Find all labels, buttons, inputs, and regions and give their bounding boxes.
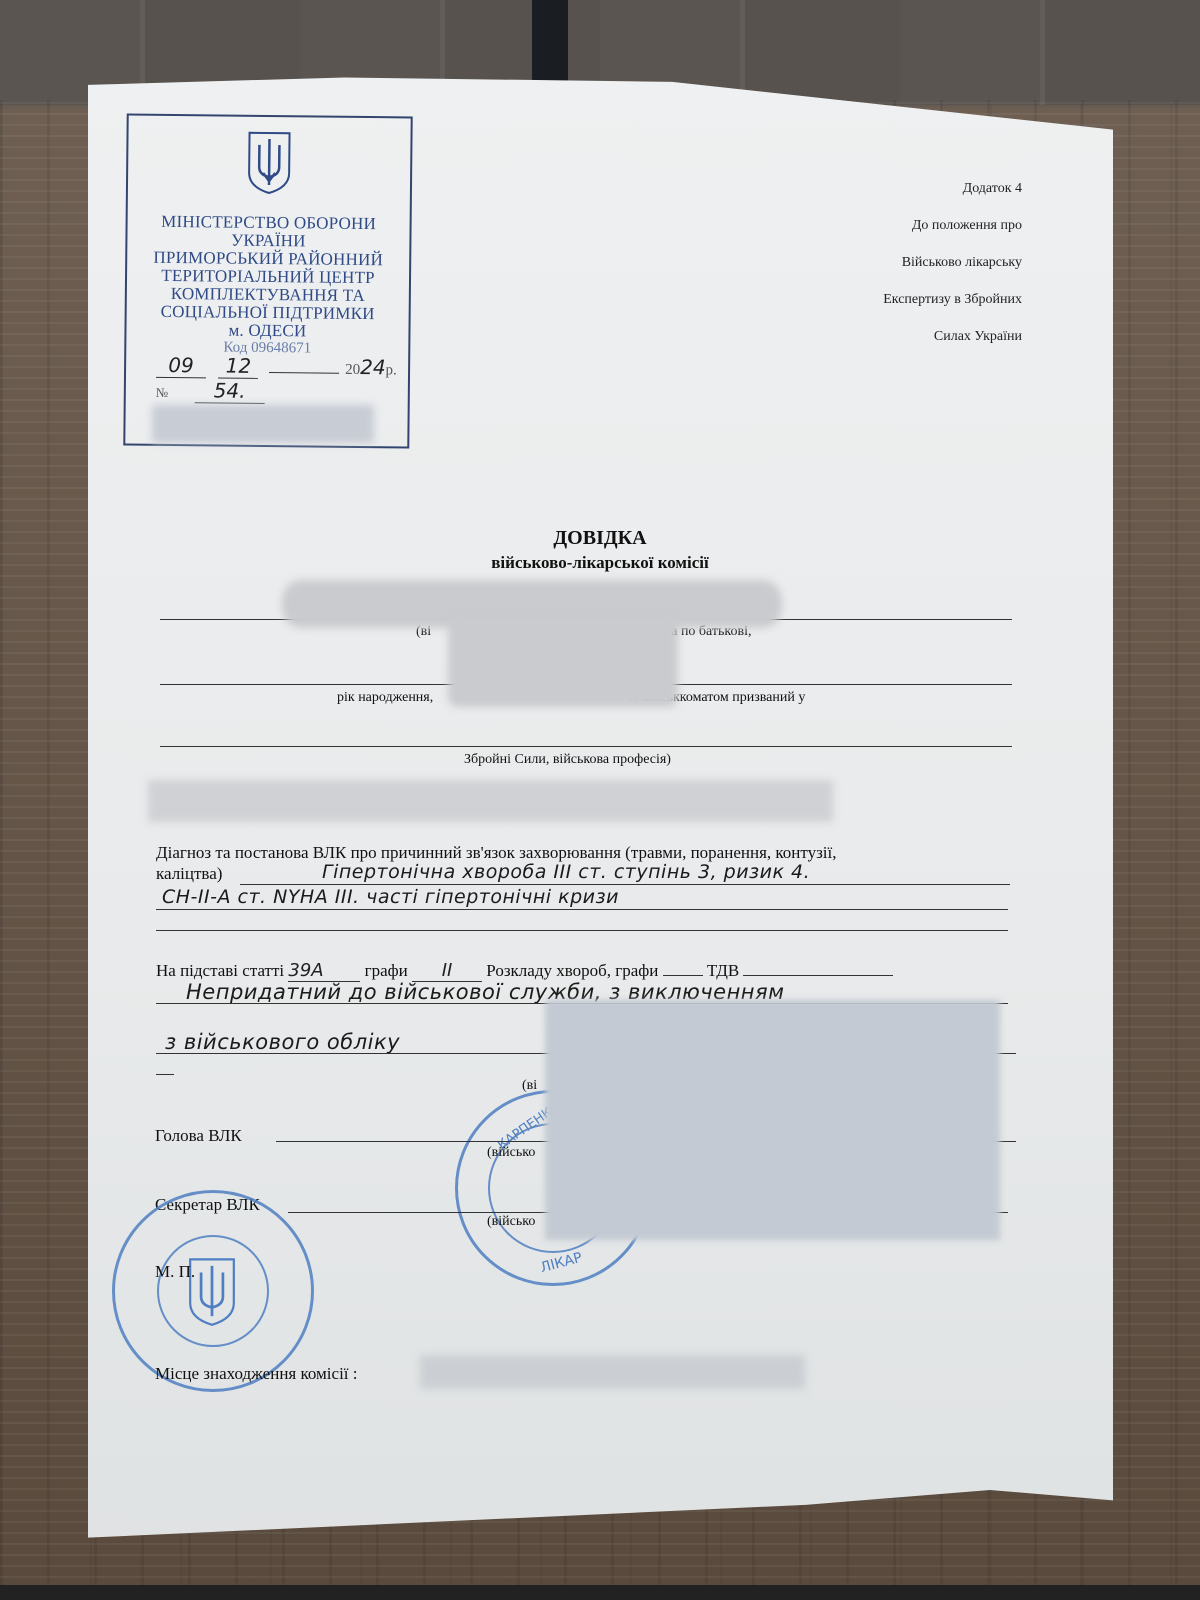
date-month: 12	[218, 353, 258, 378]
decision-dash	[156, 1074, 174, 1075]
redacted-profession	[148, 780, 833, 822]
basis-prefix: На підставі статті	[156, 961, 284, 980]
head-caption: (військо	[487, 1145, 535, 1161]
profession-line	[160, 746, 1012, 747]
redacted-location	[420, 1355, 805, 1389]
stamp-organization-text: МІНІСТЕРСТВО ОБОРОНИУКРАЇНИПРИМОРСЬКИЙ Р…	[126, 213, 409, 342]
diagnosis-label: Діагноз та постанова ВЛК про причинний з…	[156, 843, 837, 863]
diagnosis-label-cont: каліцтва)	[156, 864, 222, 884]
diagnosis-handwritten-1: Гіпертонічна хвороба III ст. ступінь 3, …	[322, 861, 810, 883]
photo-bottom-edge	[0, 1585, 1200, 1600]
redacted-stamp-field	[152, 405, 374, 443]
column-label: графи	[365, 961, 408, 980]
date-year: 24	[360, 355, 386, 379]
column-value: II	[412, 960, 482, 982]
number-prefix: №	[156, 385, 169, 400]
diagnosis-line-2	[156, 909, 1008, 910]
schedule-label: Розкладу хвороб, графи	[486, 961, 658, 980]
addendum-line: Додаток 4	[883, 170, 1022, 207]
wall-gap	[532, 0, 568, 85]
head-label: Голова ВЛК	[155, 1126, 242, 1146]
diagnosis-line-3	[156, 930, 1008, 931]
document-subtitle: військово-лікарської комісії	[0, 553, 1200, 573]
addendum-line: Військово лікарську	[883, 244, 1022, 281]
stamp-number: № 54.	[156, 378, 265, 404]
number-value: 54.	[194, 378, 264, 404]
location-label: Місце знаходження комісії :	[155, 1364, 358, 1384]
profession-caption: Збройні Сили, військова професія)	[464, 752, 671, 768]
article-value: 39А	[288, 960, 360, 982]
secretary-caption: (військо	[487, 1214, 535, 1230]
stamp-date: 09 12 2024р.	[156, 353, 397, 381]
birth-caption-left: рік народження,	[337, 690, 433, 706]
date-suffix: р.	[386, 362, 397, 378]
addendum-note: Додаток 4 До положення про Військово лік…	[883, 170, 1022, 355]
document-title: ДОВІДКА	[0, 527, 1200, 550]
seal-label: М. П.	[155, 1262, 195, 1282]
trident-coat-of-arms-icon	[245, 129, 294, 195]
addendum-line: Експертизу в Збройних	[883, 281, 1022, 318]
redacted-signatures	[545, 1000, 1000, 1240]
diagnosis-line-1	[240, 884, 1010, 885]
diagnosis-handwritten-2: СН-II-А ст. NYHA III. часті гіпертонічні…	[162, 886, 619, 908]
tdv-label: ТДВ	[707, 961, 739, 980]
registration-stamp: МІНІСТЕРСТВО ОБОРОНИУКРАЇНИПРИМОРСЬКИЙ Р…	[123, 114, 412, 449]
addendum-line: До положення про	[883, 207, 1022, 244]
date-year-prefix: 20	[345, 362, 360, 378]
redacted-birth	[448, 615, 678, 707]
date-day: 09	[156, 353, 206, 379]
decision-handwritten-2: з військового обліку	[165, 1030, 400, 1054]
addendum-line: Силах України	[883, 318, 1022, 355]
basis-row: На підставі статті 39А графи II Розкладу…	[156, 960, 893, 982]
